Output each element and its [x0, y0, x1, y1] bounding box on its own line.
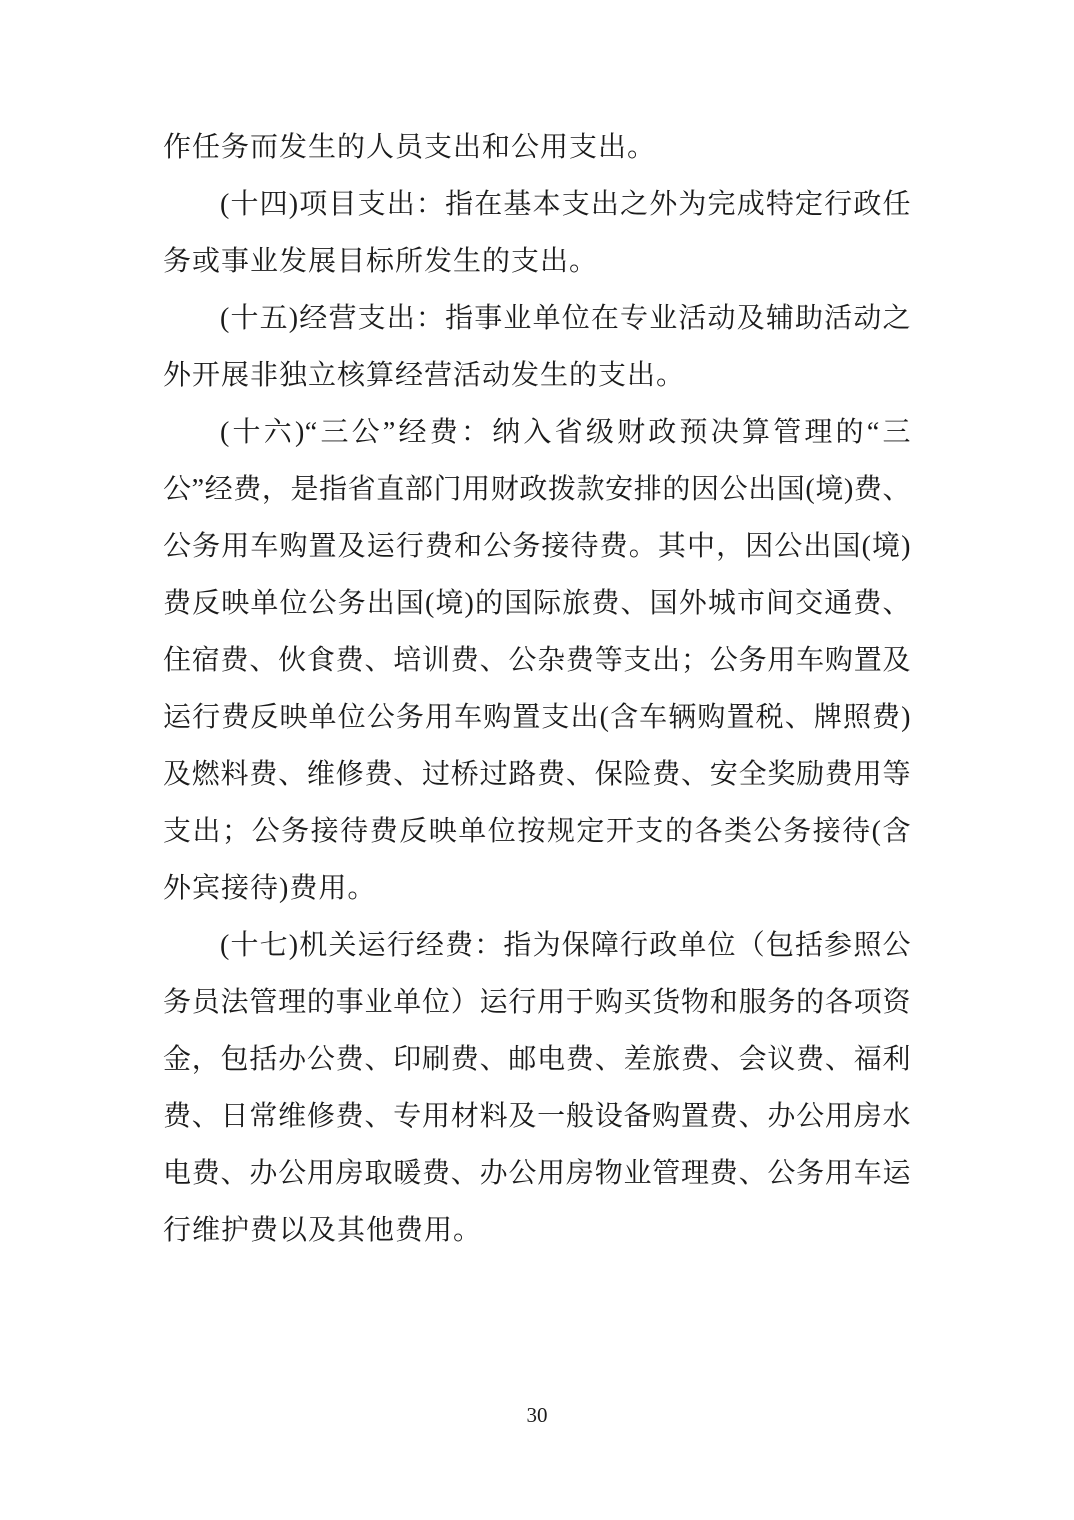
text-line: 费、日常维修费、专用材料及一般设备购置费、办公用房水 [163, 1088, 911, 1145]
text-line: 电费、办公用房取暖费、办公用房物业管理费、公务用车运 [163, 1145, 911, 1202]
text-line: 务或事业发展目标所发生的支出。 [163, 233, 911, 290]
body-text: 作任务而发生的人员支出和公用支出。(十四)项目支出：指在基本支出之外为完成特定行… [163, 119, 911, 1259]
text-line: 公务用车购置及运行费和公务接待费。其中，因公出国(境) [163, 518, 911, 575]
text-line: 费反映单位公务出国(境)的国际旅费、国外城市间交通费、 [163, 575, 911, 632]
text-line: (十五)经营支出：指事业单位在专业活动及辅助活动之 [163, 290, 911, 347]
text-line: (十七)机关运行经费：指为保障行政单位（包括参照公 [163, 917, 911, 974]
text-line: (十四)项目支出：指在基本支出之外为完成特定行政任 [163, 176, 911, 233]
page-number: 30 [0, 1402, 1074, 1428]
text-line: 金，包括办公费、印刷费、邮电费、差旅费、会议费、福利 [163, 1031, 911, 1088]
text-line: 作任务而发生的人员支出和公用支出。 [163, 119, 911, 176]
text-line: 务员法管理的事业单位）运行用于购买货物和服务的各项资 [163, 974, 911, 1031]
text-line: 外宾接待)费用。 [163, 860, 911, 917]
text-line: 住宿费、伙食费、培训费、公杂费等支出；公务用车购置及 [163, 632, 911, 689]
document-page: 作任务而发生的人员支出和公用支出。(十四)项目支出：指在基本支出之外为完成特定行… [0, 0, 1074, 1520]
text-line: 运行费反映单位公务用车购置支出(含车辆购置税、牌照费) [163, 689, 911, 746]
text-line: 支出；公务接待费反映单位按规定开支的各类公务接待(含 [163, 803, 911, 860]
text-line: 外开展非独立核算经营活动发生的支出。 [163, 347, 911, 404]
text-line: 行维护费以及其他费用。 [163, 1202, 911, 1259]
text-line: 及燃料费、维修费、过桥过路费、保险费、安全奖励费用等 [163, 746, 911, 803]
text-line: 公”经费，是指省直部门用财政拨款安排的因公出国(境)费、 [163, 461, 911, 518]
text-line: (十六)“三公”经费：纳入省级财政预决算管理的“三 [163, 404, 911, 461]
